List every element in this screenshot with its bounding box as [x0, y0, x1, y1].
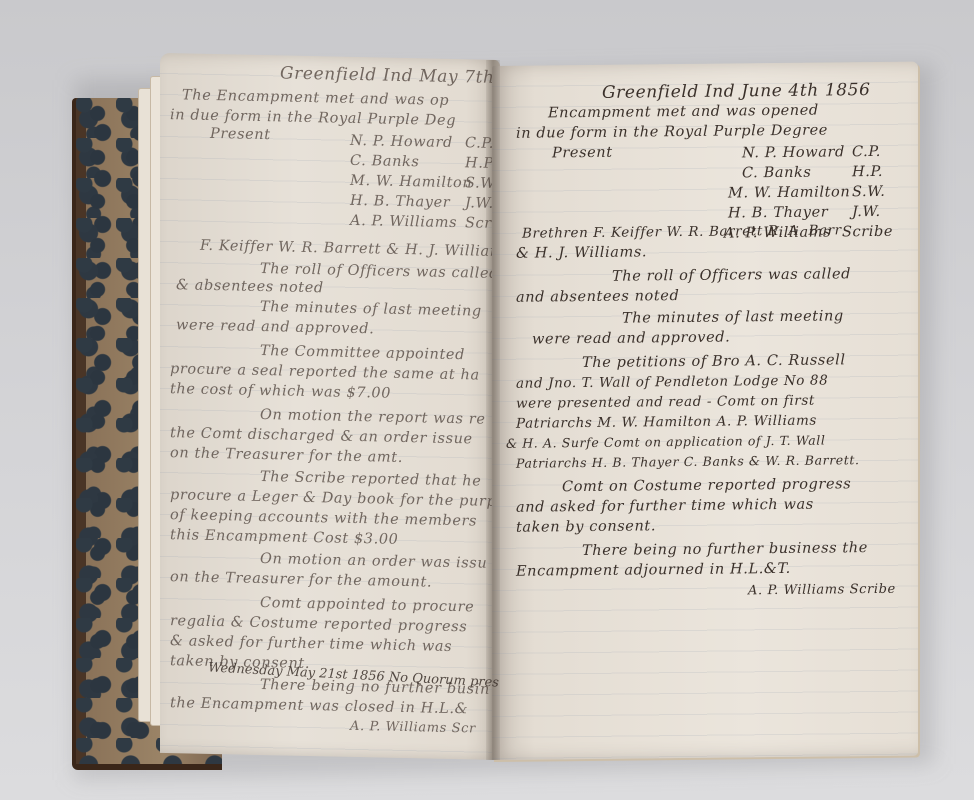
- handwritten-line: regalia & Costume reported progress: [170, 613, 467, 635]
- handwritten-line: & absentees noted: [176, 277, 324, 296]
- right-page: Greenfield Ind June 4th 1856 Encampment …: [492, 62, 918, 760]
- left-page-heading: Greenfield Ind May 7th 18: [280, 63, 500, 88]
- officer-name: M. W. Hamilton: [728, 184, 850, 201]
- handwritten-line: procure a seal reported the same at ha: [170, 361, 480, 383]
- officer-name: N. P. Howard: [350, 133, 453, 151]
- handwritten-line: the cost of which was $7.00: [170, 381, 391, 402]
- handwritten-line: & H. A. Surfe Comt on application of J. …: [506, 433, 825, 451]
- handwritten-line: Patriarchs H. B. Thayer C. Banks & W. R.…: [516, 452, 860, 471]
- left-page-writing: Greenfield Ind May 7th 18 The Encampment…: [160, 53, 500, 760]
- handwritten-line: were read and approved.: [176, 317, 374, 337]
- handwritten-line: and absentees noted: [516, 288, 679, 306]
- officer-name: M. W. Hamilton: [350, 173, 472, 192]
- brethren-line: F. Keiffer W. R. Barrett & H. J. William…: [200, 238, 500, 261]
- officer-name: C. Banks: [350, 153, 419, 170]
- handwritten-line: taken by consent.: [516, 518, 656, 535]
- handwritten-line: The Scribe reported that he: [260, 469, 481, 490]
- right-page-heading: Greenfield Ind June 4th 1856: [602, 80, 870, 103]
- book-gutter: [486, 60, 500, 760]
- handwritten-line: Encampment met and was opened: [548, 103, 819, 122]
- handwritten-line: and Jno. T. Wall of Pendleton Lodge No 8…: [516, 372, 828, 391]
- officer-title: Scribe: [842, 224, 893, 241]
- right-page-writing: Greenfield Ind June 4th 1856 Encampment …: [492, 62, 918, 760]
- handwritten-line: this Encampment Cost $3.00: [170, 527, 399, 548]
- handwritten-line: On motion an order was issu: [260, 551, 487, 572]
- handwritten-line: & H. J. Williams.: [516, 244, 647, 261]
- handwritten-line: were presented and read - Comt on first: [516, 393, 815, 412]
- handwritten-line: were read and approved.: [532, 330, 730, 348]
- officer-name: H. B. Thayer: [350, 193, 450, 211]
- officer-name: N. P. Howard: [742, 144, 845, 161]
- handwritten-line: in due form in the Royal Purple Degree: [516, 122, 828, 141]
- handwritten-line: The petitions of Bro A. C. Russell: [582, 352, 846, 371]
- handwritten-line: The roll of Officers was called: [612, 266, 851, 285]
- handwritten-line: on the Treasurer for the amount.: [170, 569, 432, 590]
- handwritten-line: The minutes of last meeting: [622, 308, 844, 326]
- officer-title: H.P.: [852, 164, 883, 180]
- officer-name: C. Banks: [742, 165, 811, 182]
- handwritten-line: Comt on Costume reported progress: [562, 476, 851, 495]
- left-page: Greenfield Ind May 7th 18 The Encampment…: [160, 53, 500, 760]
- handwritten-line: the Encampment was closed in H.L.&: [170, 695, 468, 717]
- handwritten-line: Present: [552, 145, 613, 162]
- handwritten-line: The minutes of last meeting: [260, 299, 482, 320]
- handwritten-line: Comt appointed to procure: [260, 595, 474, 615]
- scribe-signature: A. P. Williams Scribe: [748, 582, 896, 599]
- handwritten-line: Brethren F. Keiffer W. R. Barrett R. A. …: [522, 222, 842, 241]
- handwritten-line: Encampment adjourned in H.L.&T.: [516, 561, 791, 580]
- handwritten-line: The Committee appointed: [260, 343, 465, 363]
- handwritten-line: of keeping accounts with the members: [170, 507, 477, 529]
- handwritten-line: & asked for further time which was: [170, 633, 452, 655]
- officer-title: J.W.: [852, 204, 881, 220]
- photo-scene: Greenfield Ind May 7th 18 The Encampment…: [0, 0, 974, 800]
- handwritten-line: Patriarchs M. W. Hamilton A. P. Williams: [516, 413, 817, 432]
- handwritten-line: procure a Leger & Day book for the purpo: [170, 487, 500, 510]
- officer-name: A. P. Williams: [350, 213, 457, 231]
- officer-title: C.P.: [852, 144, 881, 160]
- handwritten-line: on the Treasurer for the amt.: [170, 445, 403, 466]
- officer-title: S.W.: [852, 184, 885, 200]
- handwritten-line: There being no further business the: [582, 540, 868, 559]
- handwritten-line: and asked for further time which was: [516, 497, 814, 516]
- handwritten-line: The Encampment met and was op: [182, 87, 449, 109]
- officer-name: H. B. Thayer: [728, 204, 828, 221]
- handwritten-line: On motion the report was re: [260, 407, 486, 428]
- handwritten-line: the Comt discharged & an order issue: [170, 425, 473, 447]
- scribe-signature: A. P. Williams Scr: [350, 719, 476, 737]
- handwritten-line: Present: [210, 126, 271, 143]
